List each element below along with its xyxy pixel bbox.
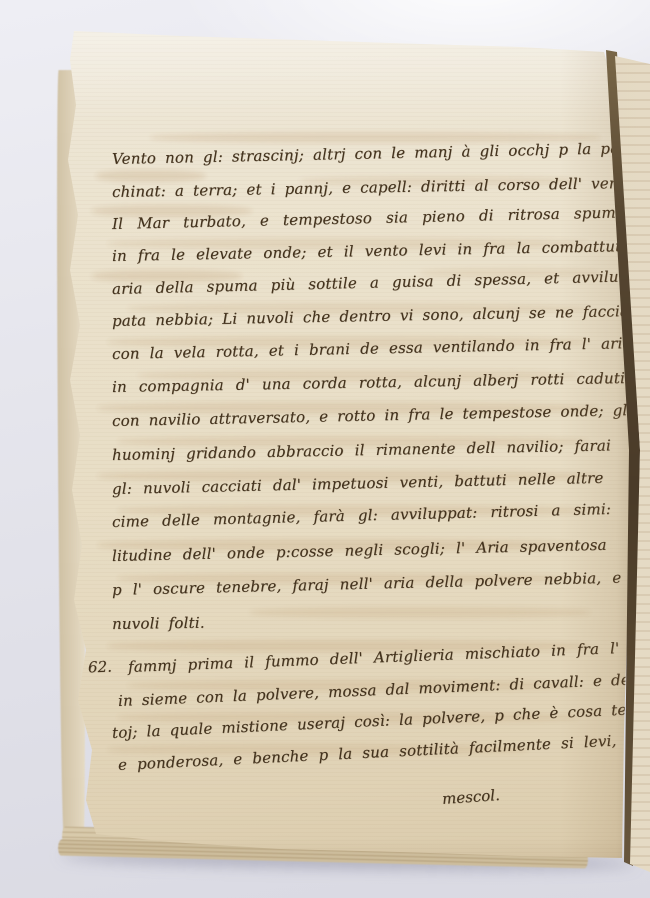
manuscript-page: Vento non gl: strascinj; altrj con le ma… bbox=[0, 0, 650, 898]
manuscript-line: nuvoli folti. bbox=[112, 614, 205, 633]
ink-bleed-band bbox=[250, 607, 590, 618]
margin-paragraph-number: 62. bbox=[88, 658, 112, 677]
manuscript-photo: Vento non gl: strascinj; altrj con le ma… bbox=[0, 0, 650, 898]
ink-bleed-band bbox=[96, 170, 206, 182]
catchword: mescol. bbox=[441, 786, 500, 808]
